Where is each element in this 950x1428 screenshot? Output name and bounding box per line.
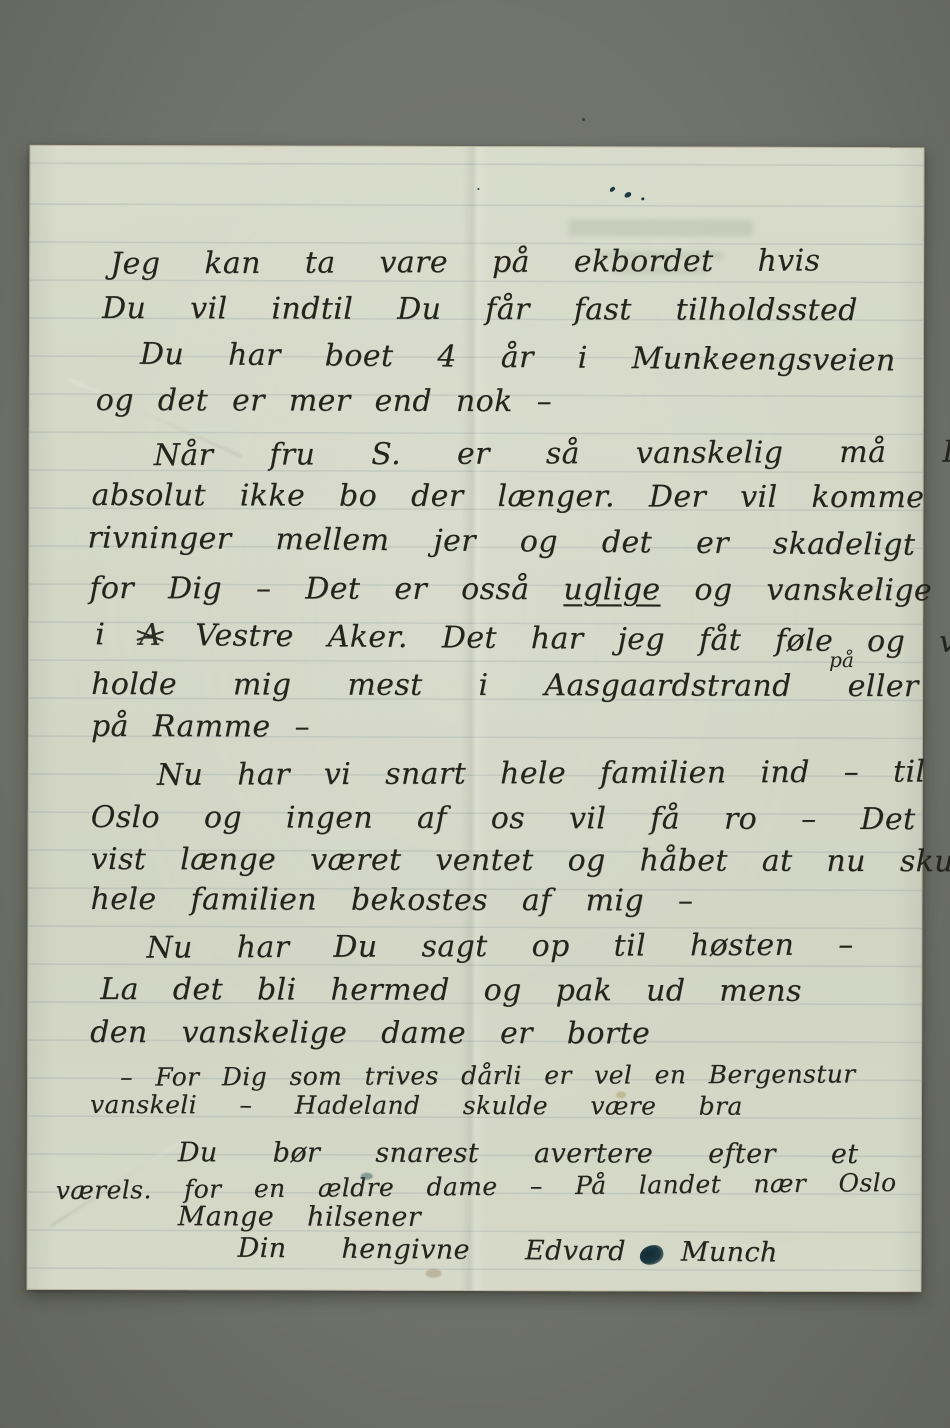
handwritten-line-14: vist længe været ventet og håbet at nu s… <box>91 845 950 877</box>
handwritten-line-6: absolut ikke bo der længer. Der vil komm… <box>92 481 925 513</box>
handwritten-line-4: og det er mer end nok – <box>96 386 552 417</box>
handwritten-line-12: Nu har vi snart hele familien ind – til <box>157 757 926 790</box>
handwritten-line-5: Når fru S. er så vanskelig må Du <box>154 437 950 471</box>
handwritten-line-11: på Ramme – <box>91 712 310 743</box>
handwritten-line-1: Jeg kan ta vare på ekbordet hvis <box>110 246 820 279</box>
handwritten-line-7: rivninger mellem jer og det er skadeligt <box>87 523 915 560</box>
line-text: Når fru S. er så vanskelig må Du <box>154 434 950 473</box>
handwritten-line-3: Du har boet 4 år i Munkeengsveien <box>140 340 896 377</box>
inserted-word: på <box>829 648 854 672</box>
signature-line: Din hengivne Edvard Munch <box>237 1235 777 1267</box>
handwritten-line-15: hele familien bekostes af mig – <box>90 885 693 917</box>
line-text: Oslo og ingen af os vil få ro – Det har <box>91 800 950 837</box>
paper-stain <box>616 1091 626 1098</box>
paper-stain <box>426 1269 442 1278</box>
line-text: og det er mer end nok – <box>96 383 552 419</box>
line-text: den vanskelige dame er borte <box>90 1015 650 1051</box>
line-text: Mange hilsener <box>178 1201 421 1233</box>
underlined-word: uglige <box>563 572 660 607</box>
handwritten-line-21: Du bør snarest avertere efter et <box>178 1139 859 1168</box>
line-text: Nu har Du sagt op til høsten – <box>146 928 853 966</box>
dust-speck <box>582 118 585 121</box>
line-text: vanskeli – Hadeland skulde være bra <box>90 1090 743 1121</box>
line-text: – For Dig som trives dårli er vel en Ber… <box>120 1059 856 1091</box>
bleedthrough-print-line <box>568 219 753 236</box>
line-text: rivninger mellem jer og det er skadeligt <box>87 520 915 562</box>
struck-out-letter: A <box>139 621 161 651</box>
handwritten-line-8: for Dig – Det er osså uglige og vanskeli… <box>89 574 950 606</box>
line-text: for Dig – Det er osså <box>89 571 563 607</box>
line-text: på Ramme – <box>91 709 310 745</box>
handwritten-line-2: Du vil indtil Du får fast tilholdssted <box>102 294 858 326</box>
line-text: hele familien bekostes af mig – <box>90 882 693 919</box>
handwritten-line-18: den vanskelige dame er borte <box>90 1018 650 1049</box>
handwritten-line-17: La det bli hermed og pak ud mens <box>100 975 802 1007</box>
line-text: absolut ikke bo der længer. Der vil komm… <box>92 478 925 515</box>
handwritten-line-10: holde mig mest i Aasgaardstrand eller <box>91 670 919 702</box>
letter-page: Jeg kan ta vare på ekbordet hvis Du vil … <box>27 145 925 1292</box>
handwritten-line-22: værels. for en ældre dame – På landet næ… <box>56 1170 897 1203</box>
line-text: i <box>95 617 139 652</box>
scanned-letter-photo: Jeg kan ta vare på ekbordet hvis Du vil … <box>0 0 950 1428</box>
line-text: Du har boet 4 år i Munkeengsveien <box>140 337 896 379</box>
line-text: og vanskelige folk <box>660 572 950 608</box>
ink-smudge <box>361 1173 373 1180</box>
line-text: Du vil indtil Du får fast tilholdssted <box>102 291 858 328</box>
signature-text: Din hengivne Edvard Munch <box>237 1233 777 1269</box>
line-text: Nu har vi snart hele familien ind – til <box>157 754 926 792</box>
handwritten-line-16: Nu har Du sagt op til høsten – <box>146 931 853 964</box>
handwritten-line-19: – For Dig som trives dårli er vel en Ber… <box>120 1061 856 1089</box>
handwritten-line-20: vanskeli – Hadeland skulde være bra <box>90 1092 743 1119</box>
handwritten-line-13: Oslo og ingen af os vil få ro – Det har <box>91 803 950 835</box>
handwritten-line-9: i A Vestre Aker. Det har jeg fåt føle og… <box>95 620 950 658</box>
line-text: Jeg kan ta vare på ekbordet hvis <box>110 243 820 281</box>
line-text: La det bli hermed og pak ud mens <box>100 972 802 1009</box>
line-text: vist længe været ventet og håbet at nu s… <box>91 842 950 879</box>
line-text: Du bør snarest avertere efter et <box>178 1137 859 1170</box>
line-text: holde mig mest i Aasgaardstrand eller <box>91 667 919 704</box>
handwritten-line-23: Mange hilsener <box>178 1203 421 1231</box>
